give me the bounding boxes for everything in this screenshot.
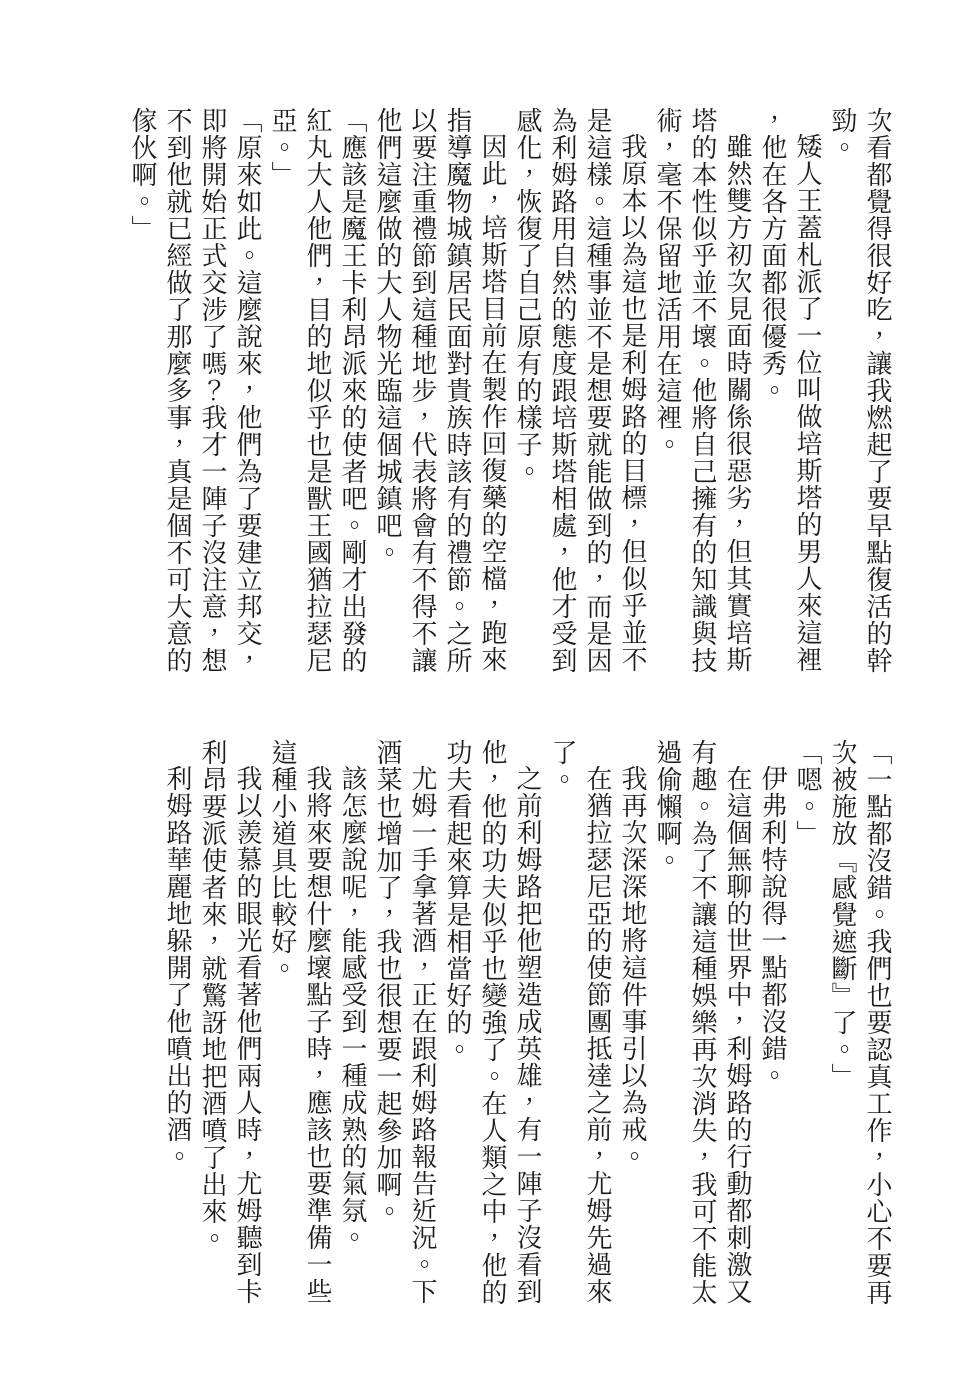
paragraph-dialogue: 「應該是魔王卡利昂派來的使者吧。剛才出發的紅丸大人他們，目的地似乎也是獸王國猶拉… <box>265 107 370 676</box>
paragraph: 次看都覺得很好吃，讓我燃起了要早點復活的幹勁。 <box>825 107 895 676</box>
paragraph: 我以羨慕的眼光看著他們兩人時，尤姆聽到卡利昂要派使者來，就驚訝地把酒噴了出來。 <box>195 739 265 1308</box>
paragraph: 該怎麼說呢，能感受到一種成熟的氣氛。 <box>335 739 370 1308</box>
paragraph: 尤姆一手拿著酒，正在跟利姆路報告近況。下酒菜也增加了，我也很想要一起參加啊。 <box>370 739 440 1308</box>
paragraph: 因此，培斯塔目前在製作回復藥的空檔，跑來指導魔物城鎮居民面對貴族時該有的禮節。之… <box>370 107 510 676</box>
paragraph: 在這個無聊的世界中，利姆路的行動都刺激又有趣。為了不讓這種娛樂再次消失，我可不能… <box>650 739 755 1308</box>
paragraph: 雖然雙方初次見面時關係很惡劣，但其實培斯塔的本性似乎並不壞。他將自己擁有的知識與… <box>650 107 755 676</box>
paragraph-dialogue: 「一點都沒錯。我們也要認真工作，小心不要再次被施放『感覺遮斷』了。」 <box>825 739 895 1308</box>
paragraph: 我再次深深地將這件事引以為戒。 <box>615 739 650 1308</box>
paragraph: 我將來要想什麼壞點子時，應該也要準備一些這種小道具比較好。 <box>265 739 335 1308</box>
paragraph: 矮人王蓋札派了一位叫做培斯塔的男人來這裡，他在各方面都很優秀。 <box>755 107 825 676</box>
paragraph: 伊弗利特說得一點都沒錯。 <box>755 739 790 1308</box>
paragraph-dialogue: 「原來如此。這麼說來，他們為了要建立邦交，即將開始正式交涉了嗎？我才一陣子沒注意… <box>125 107 265 676</box>
paragraph-dialogue: 「嗯。」 <box>790 739 825 1308</box>
vertical-text-block-upper: 次看都覺得很好吃，讓我燃起了要早點復活的幹勁。 矮人王蓋札派了一位叫做培斯塔的男… <box>125 107 895 676</box>
paragraph: 在猶拉瑟尼亞的使節團抵達之前，尤姆先過來了。 <box>545 739 615 1308</box>
vertical-text-block-lower: 「一點都沒錯。我們也要認真工作，小心不要再次被施放『感覺遮斷』了。」 「嗯。」 … <box>160 739 895 1308</box>
paragraph: 之前利姆路把他塑造成英雄，有一陣子沒看到他，他的功夫似乎也變強了。在人類之中，他… <box>440 739 545 1308</box>
paragraph: 我原本以為這也是利姆路的目標，但似乎並不是這樣。這種事並不是想要就能做到的，而是… <box>510 107 650 676</box>
paragraph: 利姆路華麗地躲開了他噴出的酒。 <box>160 739 195 1308</box>
book-page: 次看都覺得很好吃，讓我燃起了要早點復活的幹勁。 矮人王蓋札派了一位叫做培斯塔的男… <box>0 0 980 1393</box>
